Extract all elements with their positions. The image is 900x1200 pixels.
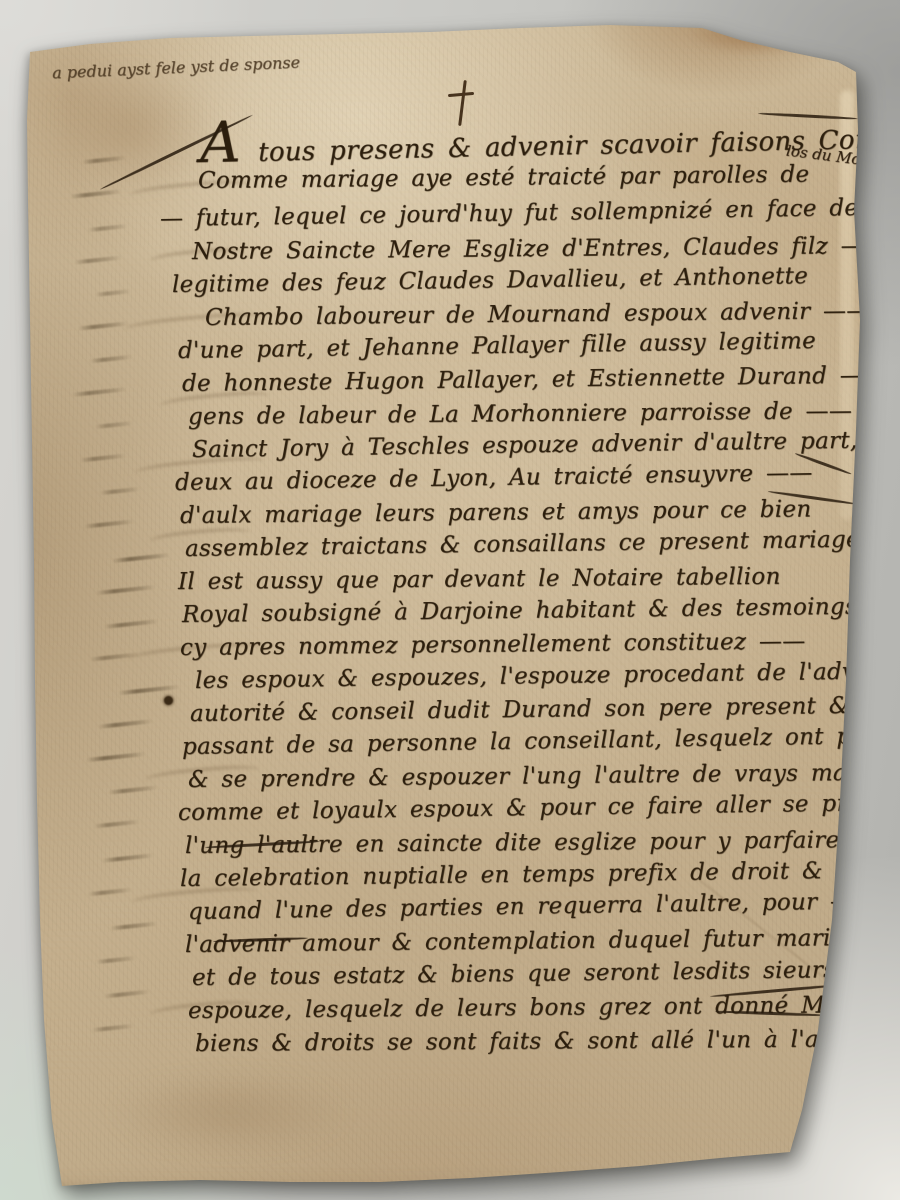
ink-flourish — [768, 490, 858, 505]
ink-flourish — [99, 114, 253, 191]
flourish-layer — [0, 0, 900, 1200]
ink-flourish — [715, 1010, 825, 1017]
ink-flourish — [205, 840, 320, 849]
ink-flourish — [710, 983, 845, 998]
paper-shadow: a pedui ayst fele yst de sponse los du M… — [0, 0, 900, 1200]
manuscript-page: a pedui ayst fele yst de sponse los du M… — [0, 0, 900, 1200]
photo-background: a pedui ayst fele yst de sponse los du M… — [0, 0, 900, 1200]
ink-flourish — [213, 937, 308, 943]
ink-flourish — [758, 112, 858, 120]
ink-flourish — [794, 452, 851, 475]
